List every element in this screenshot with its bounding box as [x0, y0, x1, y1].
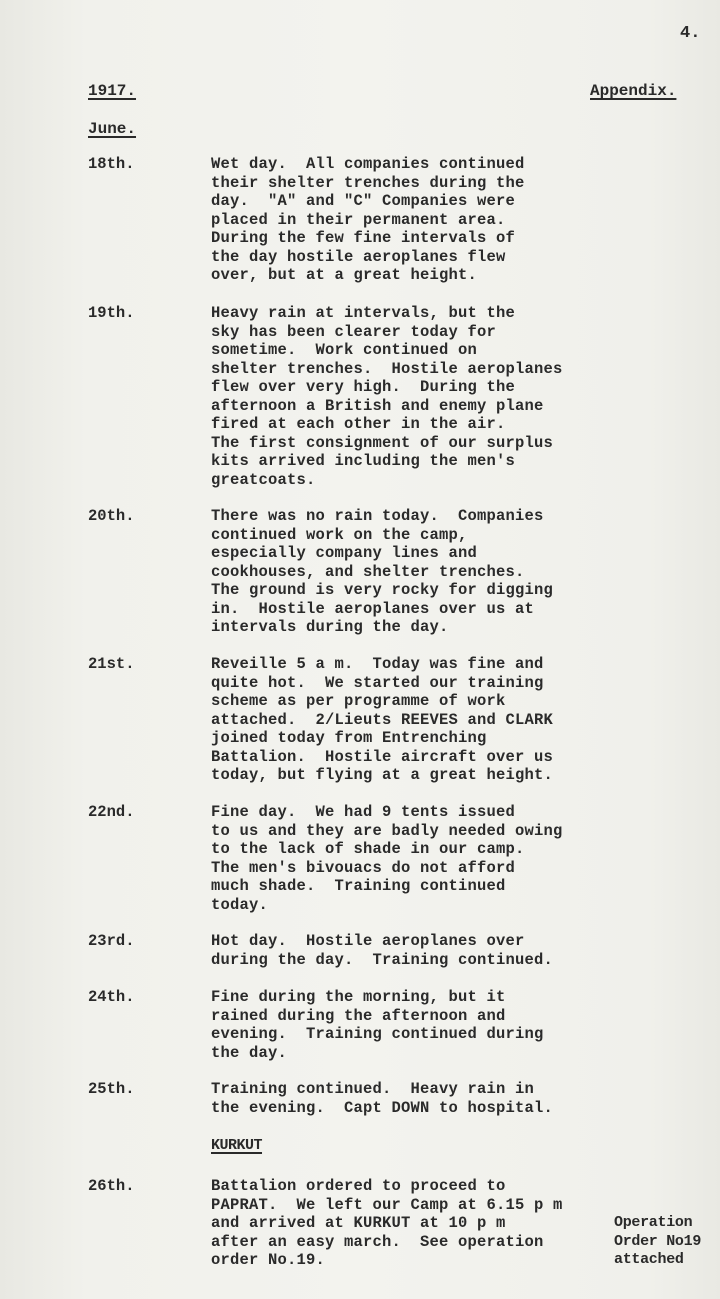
entry-date: 22nd.: [88, 803, 135, 822]
entry-text: Battalion ordered to proceed to PAPRAT. …: [211, 1177, 563, 1270]
entry-date: 20th.: [88, 507, 135, 526]
entry-date: 23rd.: [88, 932, 135, 951]
entry-date: 26th.: [88, 1177, 135, 1196]
entry-text: Fine during the morning, but it rained d…: [211, 988, 544, 1062]
entry-text: There was no rain today. Companies conti…: [211, 507, 553, 637]
entry-text: Reveille 5 a m. Today was fine and quite…: [211, 655, 553, 785]
entry-date: 19th.: [88, 304, 135, 323]
entry-text: Wet day. All companies continued their s…: [211, 155, 525, 285]
appendix-column-heading: Appendix.: [590, 82, 676, 100]
page-number: 4.: [680, 24, 700, 43]
entry-date: 21st.: [88, 655, 135, 674]
document-page: 4. 1917. Appendix. June. 18th. Wet day. …: [0, 0, 720, 1299]
entry-text: Hot day. Hostile aeroplanes over during …: [211, 932, 553, 969]
entry-date: 18th.: [88, 155, 135, 174]
location-heading: KURKUT: [211, 1137, 262, 1154]
entry-date: 25th.: [88, 1080, 135, 1099]
entry-text: Heavy rain at intervals, but the sky has…: [211, 304, 563, 489]
appendix-margin-note: Operation Order No19 attached: [614, 1214, 701, 1270]
year-heading: 1917.: [88, 82, 136, 100]
entry-date: 24th.: [88, 988, 135, 1007]
entry-text: Fine day. We had 9 tents issued to us an…: [211, 803, 563, 914]
entry-text: Training continued. Heavy rain in the ev…: [211, 1080, 553, 1117]
month-heading: June.: [88, 120, 136, 138]
